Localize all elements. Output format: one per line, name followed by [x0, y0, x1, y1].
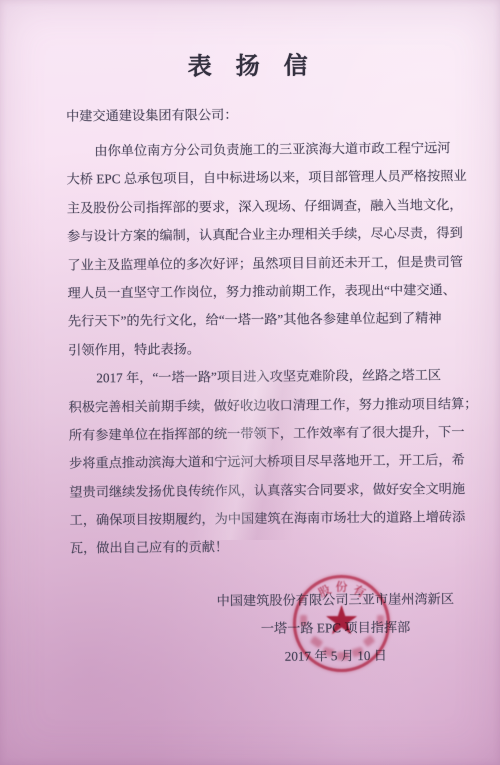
signature-block: 中国建筑股份有限公司三亚市崖州湾新区 一塔一路 EPC 项目指挥部 2017 年…: [180, 585, 491, 672]
text-line: 所有参建单位在指挥部的统一带领下，工作效率有了很大提升，下一: [69, 418, 438, 450]
text-line: 先行天下”的先行文化，给“一塔一路”其他各参建单位起到了精神: [68, 305, 437, 337]
text-line: 2017 年，“一塔一路”项目进入攻坚克难阶段，丝路之塔工区: [68, 361, 437, 393]
text-line: 望贵司继续发扬优良传统作风，认真落实合同要求，做好安全文明施: [69, 475, 438, 507]
signature-date: 2017 年 5 月 10 日: [181, 641, 491, 672]
letter-sheet: 表扬信 中建交通建设集团有限公司： 由你单位南方分公司负责施工的三亚滨海大道市政…: [0, 0, 500, 673]
text-line: 了业主及监理单位的多次好评；虽然项目目前还未开工，但是贵司管: [67, 248, 436, 280]
text-line: 大桥 EPC 总承包项目，自中标进场以来，项目部管理人员严格按照业: [67, 163, 436, 195]
letter-title: 表扬信: [0, 48, 498, 86]
text-line: 参与设计方案的编制，认真配合业主办理相关手续，尽心尽责，得到: [67, 220, 436, 252]
signature-org-line-2: 一塔一路 EPC 项目指挥部: [180, 613, 490, 644]
text-line: 积极完善相关前期手续，做好收边收口清理工作，努力推动项目结算；: [68, 390, 437, 422]
text-line: 步将重点推动滨海大道和宁远河大桥项目尽早落地开工，开工后，希: [69, 447, 438, 479]
letter-photo: 表扬信 中建交通建设集团有限公司： 由你单位南方分公司负责施工的三亚滨海大道市政…: [0, 0, 500, 765]
text-line: 由你单位南方分公司负责施工的三亚滨海大道市政工程宁远河: [66, 134, 435, 166]
text-line: 引领作用，特此表扬。: [68, 333, 437, 365]
text-line: 理人员一直坚守工作岗位，努力推动前期工作，表现出“中建交通、: [68, 276, 437, 308]
text-line: 工，确保项目按期履约，为中国建筑在海南市场壮大的道路上增砖添: [69, 503, 438, 535]
letter-body: 由你单位南方分公司负责施工的三亚滨海大道市政工程宁远河大桥 EPC 总承包项目，…: [66, 134, 439, 563]
text-line: 瓦，做出自己应有的贡献！: [70, 532, 439, 564]
paragraph: 2017 年，“一塔一路”项目进入攻坚克难阶段，丝路之塔工区积极完善相关前期手续…: [68, 361, 439, 563]
text-line: 主及股份公司指挥部的要求，深入现场、仔细调查，融入当地文化，: [67, 191, 436, 223]
signature-org-line-1: 中国建筑股份有限公司三亚市崖州湾新区: [180, 585, 490, 616]
addressee-line: 中建交通建设集团有限公司：: [66, 103, 435, 126]
paragraph: 由你单位南方分公司负责施工的三亚滨海大道市政工程宁远河大桥 EPC 总承包项目，…: [66, 134, 437, 364]
